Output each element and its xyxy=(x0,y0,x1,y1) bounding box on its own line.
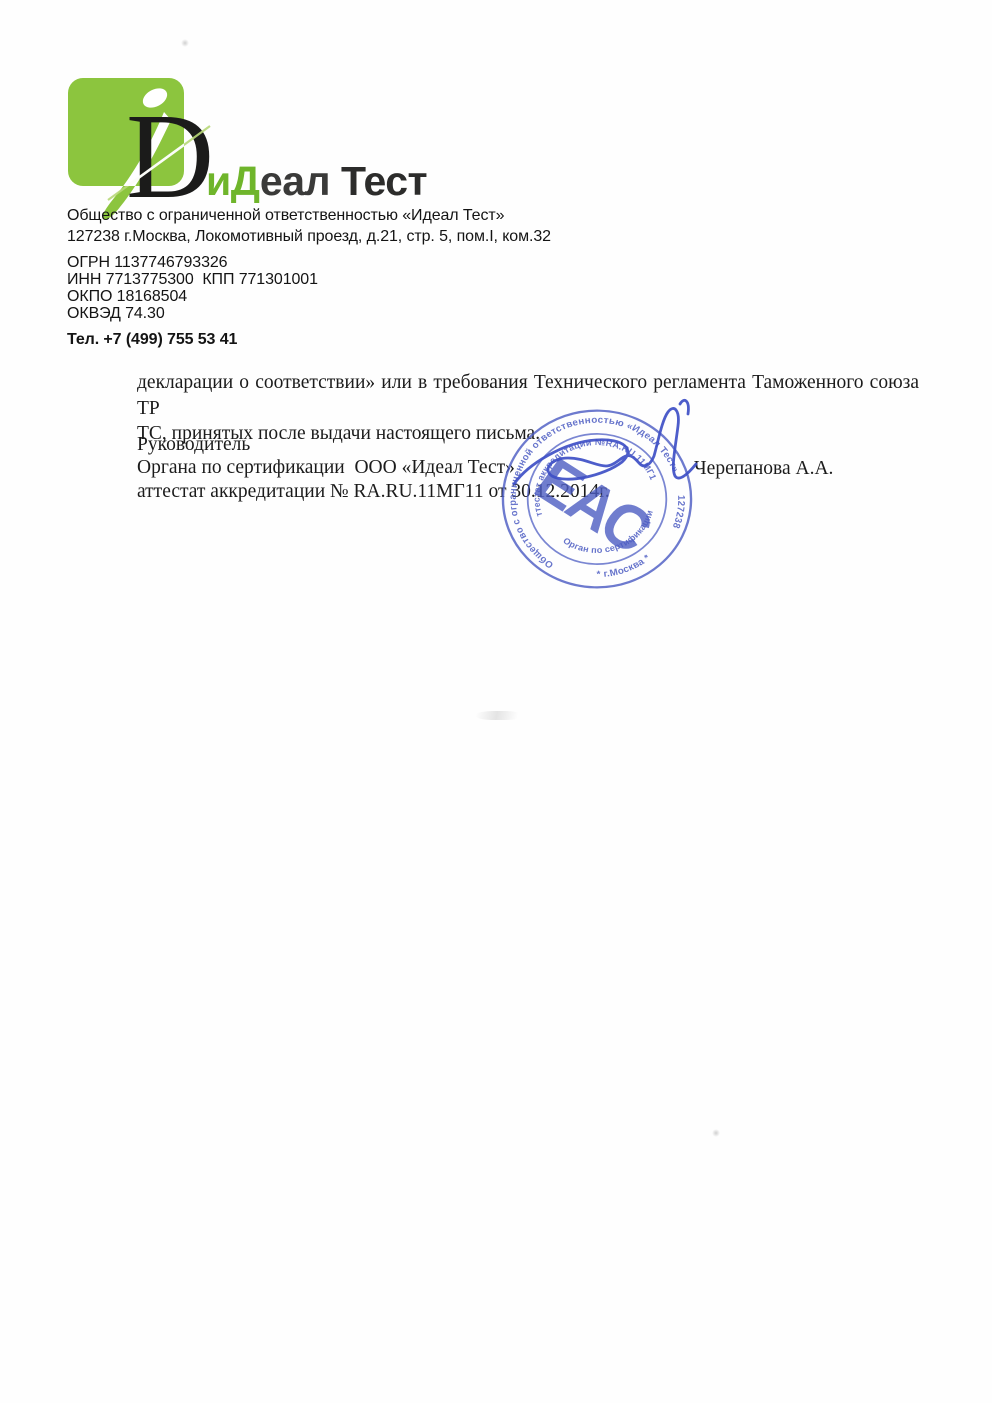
wordmark-green-part: иД xyxy=(206,158,260,204)
company-address: 127238 г.Москва, Локомотивный проезд, д.… xyxy=(67,226,551,247)
company-wordmark: иДеал Тест xyxy=(206,161,427,202)
wordmark-bold-part: Тест xyxy=(330,158,427,204)
company-codes: ОГРН 1137746793326 ИНН 7713775300 КПП 77… xyxy=(67,254,551,322)
company-requisites: Общество с ограниченной ответственностью… xyxy=(67,205,551,349)
scan-artifact xyxy=(181,39,189,47)
wordmark-mid-part: еал xyxy=(260,158,330,204)
company-ogrn: ОГРН 1137746793326 xyxy=(67,254,551,271)
company-phone: Тел. +7 (499) 755 53 41 xyxy=(67,331,551,349)
company-okved: ОКВЭД 74.30 xyxy=(67,305,551,322)
handwritten-signature xyxy=(494,392,710,500)
company-legal-name: Общество с ограниченной ответственностью… xyxy=(67,205,551,226)
scan-artifact xyxy=(712,1129,720,1137)
scan-artifact xyxy=(476,711,522,720)
signature-stroke-main xyxy=(514,408,696,484)
company-okpo: ОКПО 18168504 xyxy=(67,288,551,305)
company-inn-kpp: ИНН 7713775300 КПП 771301001 xyxy=(67,271,551,288)
signer-name: Черепанова А.А. xyxy=(694,458,833,480)
scanned-letter-page: D иДеал Тест Общество с ограниченной отв… xyxy=(0,0,992,1403)
signature-stroke-flick xyxy=(680,400,688,414)
